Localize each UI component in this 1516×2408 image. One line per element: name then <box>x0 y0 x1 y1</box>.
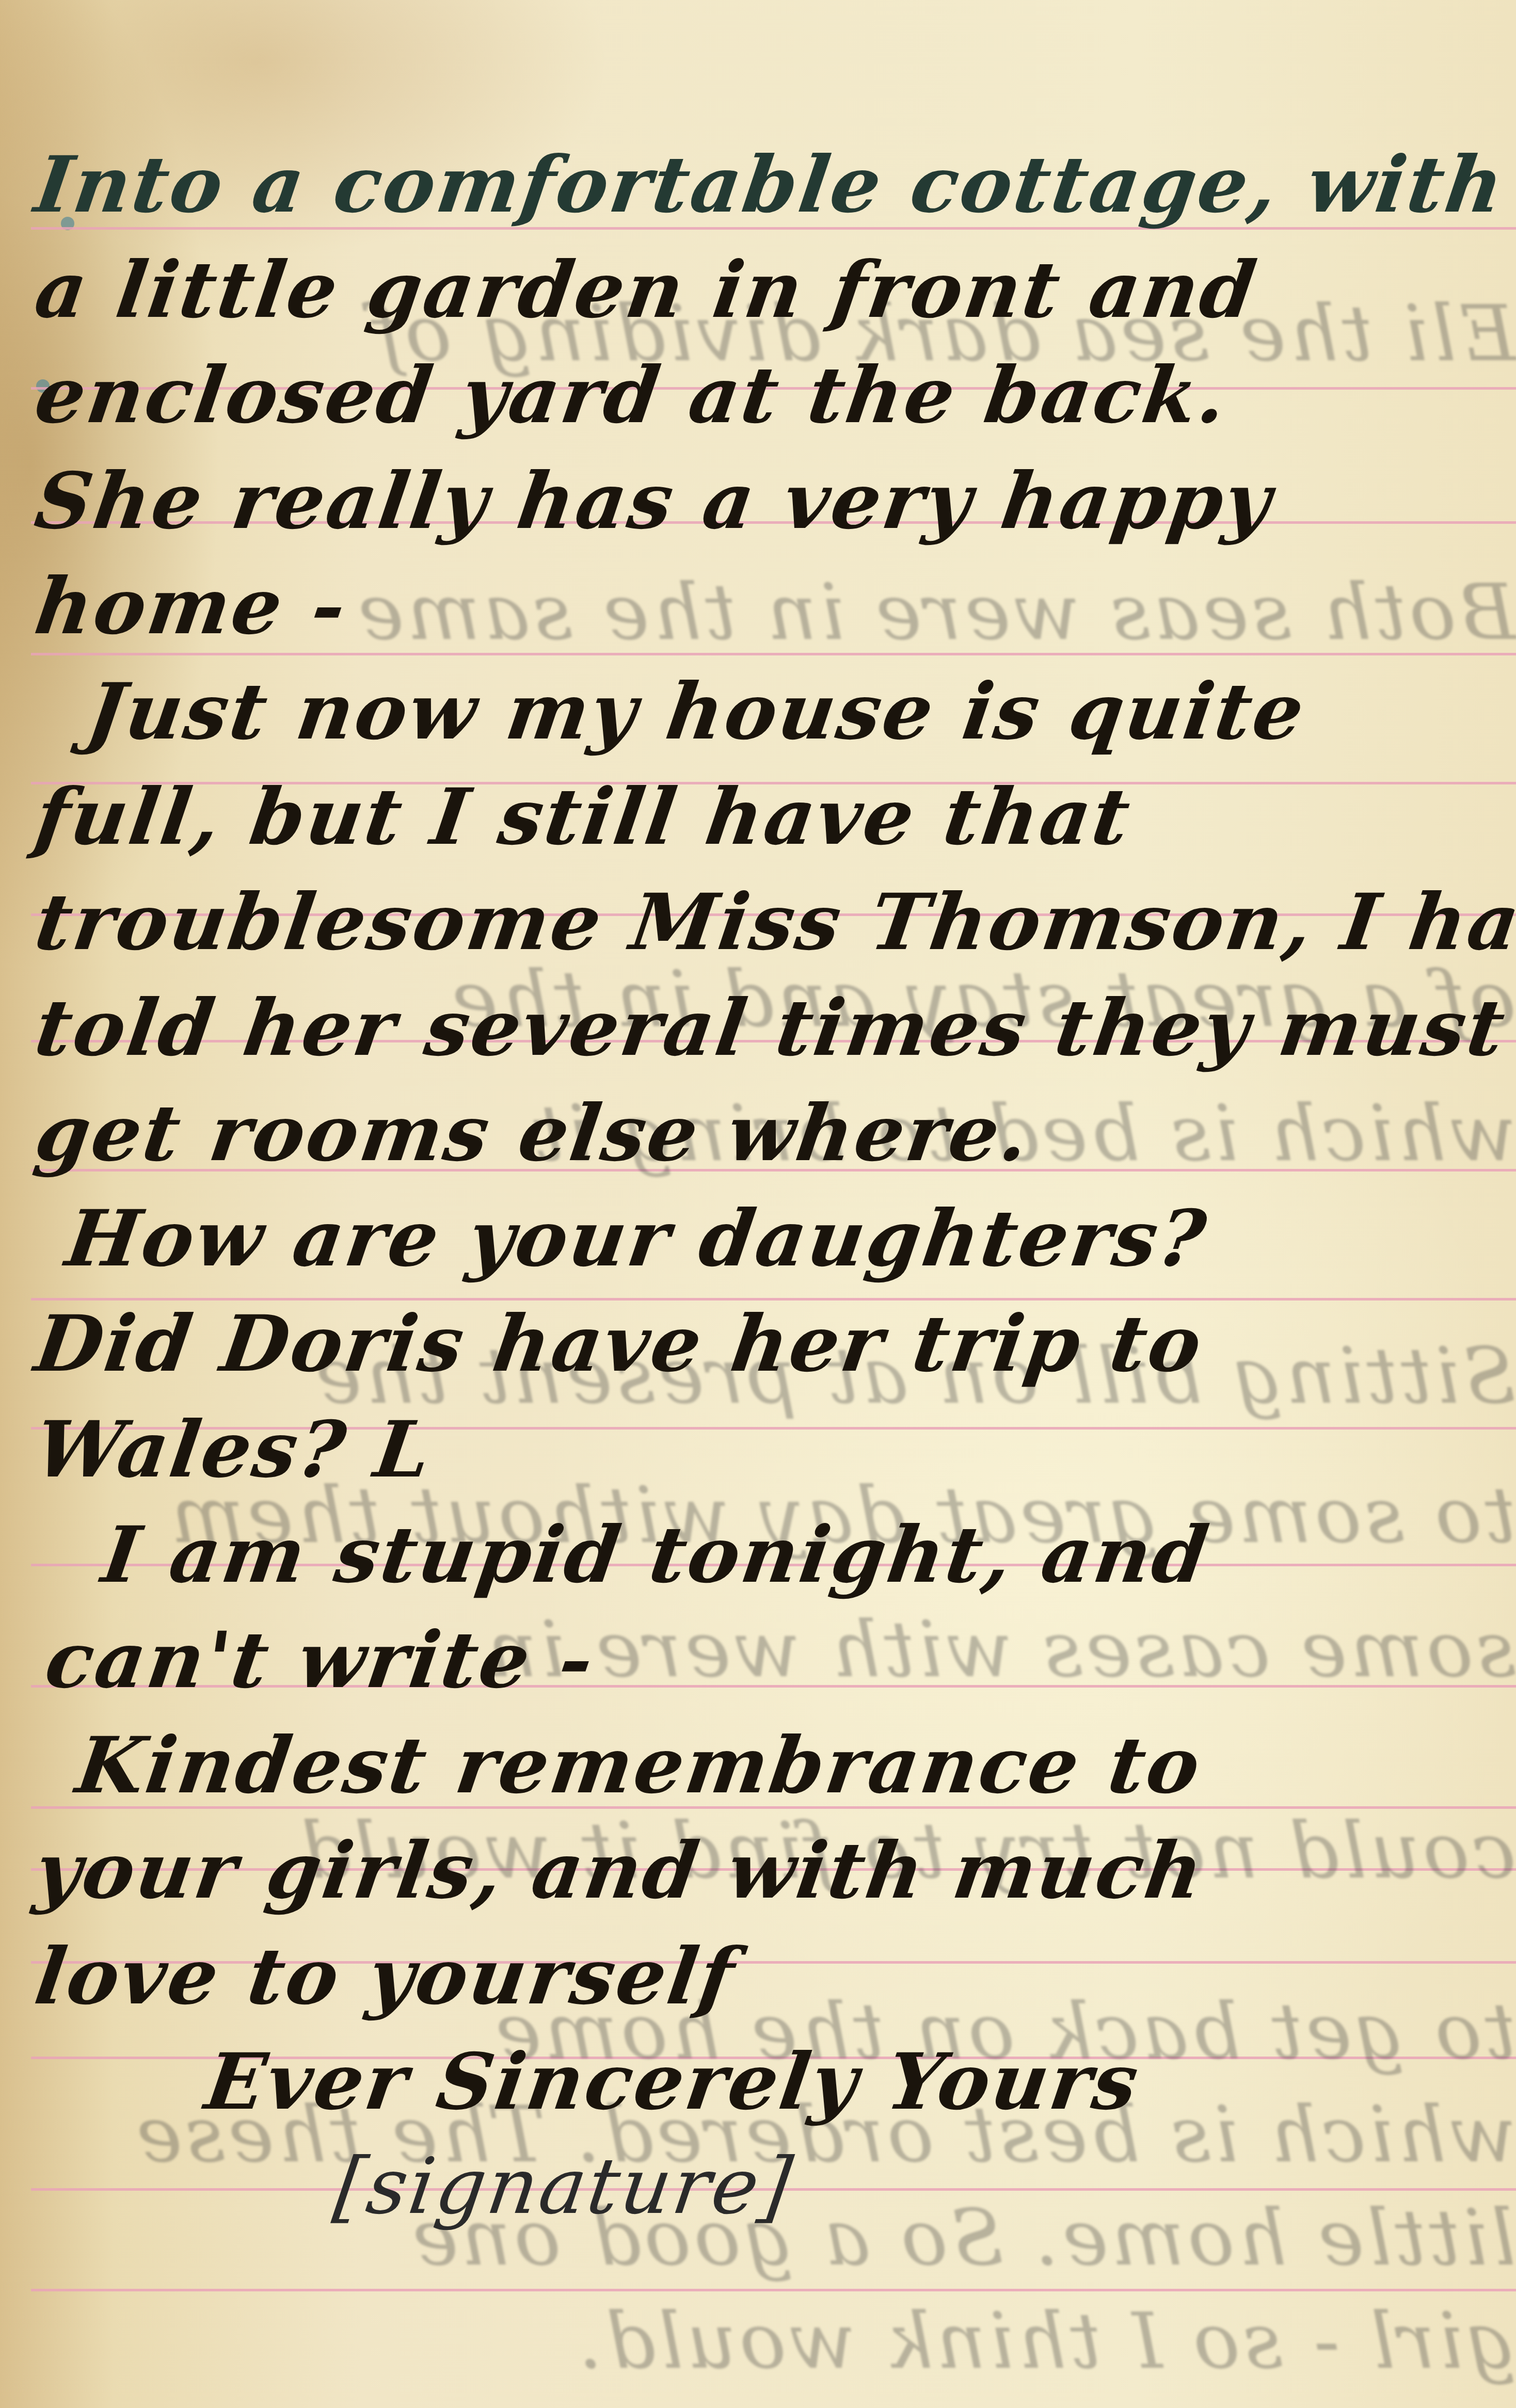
ruled-line <box>31 2289 1516 2291</box>
letter-line: Just now my house is quite <box>82 666 1312 757</box>
letter-line: a little garden in front and <box>30 245 1264 335</box>
letter-line: She really has a very happy <box>30 456 1279 547</box>
bleed-through-line: girl - so I think would. <box>0 2297 1516 2386</box>
signature: [signature] <box>329 2142 799 2232</box>
letter-line: get rooms else where. <box>30 1088 1036 1179</box>
letter-line: Into a comfortable cottage, with <box>30 139 1511 230</box>
letter-page: Eli the sea dark dividing of Both seas w… <box>0 0 1516 2408</box>
letter-line: home - <box>30 561 353 652</box>
letter-line: I am stupid tonight, and <box>97 1510 1216 1600</box>
letter-line: can't write - <box>40 1615 601 1706</box>
letter-line: Did Doris have her trip to <box>30 1298 1209 1389</box>
letter-line: Wales? L <box>30 1404 439 1495</box>
letter-line: How are your daughters? <box>61 1193 1213 1284</box>
letter-line: Kindest remembrance to <box>71 1720 1207 1811</box>
letter-line: your girls, and with much <box>30 1825 1210 1916</box>
letter-line: told her several times they must <box>30 983 1512 1073</box>
letter-line: Ever Sincerely Yours <box>200 2036 1146 2127</box>
letter-line: full, but I still have that <box>30 772 1137 862</box>
letter-line: enclosed yard at the back. <box>30 350 1234 441</box>
letter-line: love to yourself <box>30 1931 742 2022</box>
letter-line: troublesome Miss Thomson, I have <box>30 877 1516 968</box>
